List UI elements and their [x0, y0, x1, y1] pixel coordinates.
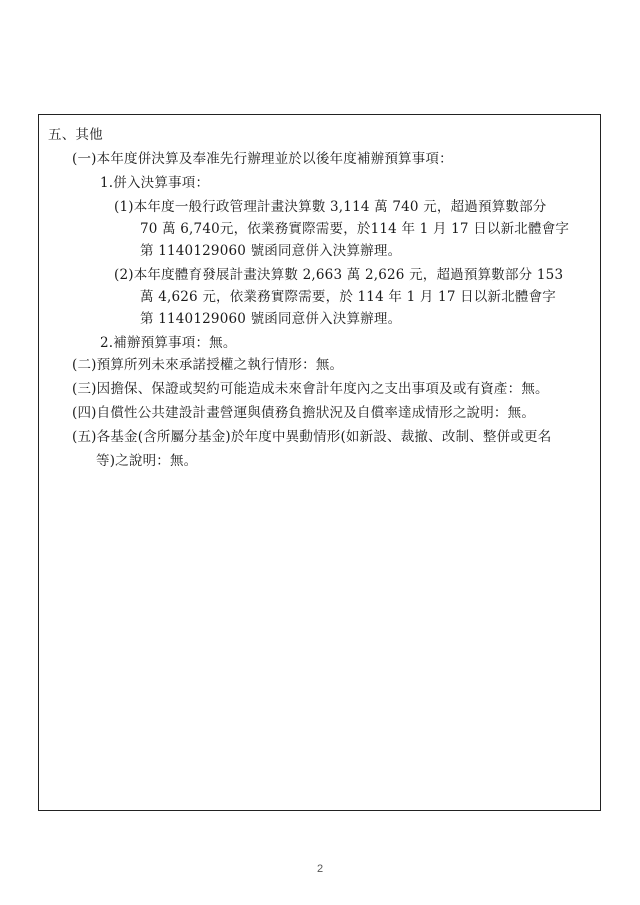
item-1-title: (一)本年度併決算及奉准先行辦理並於以後年度補辦預算事項：: [72, 150, 453, 168]
item-1-entry-2-line-3: 第 1140129060 號函同意併入決算辦理。: [140, 310, 401, 328]
item-1-entry-2-line-1: (2)本年度體育發展計畫決算數 2,663 萬 2,626 元，超過預算數部分 …: [114, 266, 563, 284]
item-1-entry-2-line-2: 萬 4,626 元，依業務實際需要，於 114 年 1 月 17 日以新北體會字: [140, 288, 556, 306]
item-2: (二)預算所列未來承諾授權之執行情形：無。: [72, 356, 343, 374]
item-1-entry-1-line-2: 70 萬 6,740元，依業務實際需要，於114 年 1 月 17 日以新北體會…: [140, 220, 569, 238]
item-5-line-2: 等)之說明：無。: [96, 452, 197, 470]
page-number: 2: [0, 863, 640, 875]
item-1-entry-1-line-3: 第 1140129060 號函同意併入決算辦理。: [140, 242, 401, 260]
item-1-sub-1-title: 1.併入決算事項：: [100, 174, 209, 192]
item-4: (四)自償性公共建設計畫營運與債務負擔狀況及自償率達成情形之說明：無。: [72, 404, 535, 422]
item-1-entry-1-line-1: (1)本年度一般行政管理計畫決算數 3,114 萬 740 元，超過預算數部分: [114, 198, 547, 216]
section-heading: 五、其他: [48, 126, 103, 144]
item-3: (三)因擔保、保證或契約可能造成未來會計年度內之支出事項及或有資產：無。: [72, 380, 549, 398]
item-1-sub-2-title: 2.補辦預算事項：無。: [100, 334, 237, 352]
item-5-line-1: (五)各基金(含所屬分基金)於年度中異動情形(如新設、裁撤、改制、整併或更名: [72, 428, 551, 446]
